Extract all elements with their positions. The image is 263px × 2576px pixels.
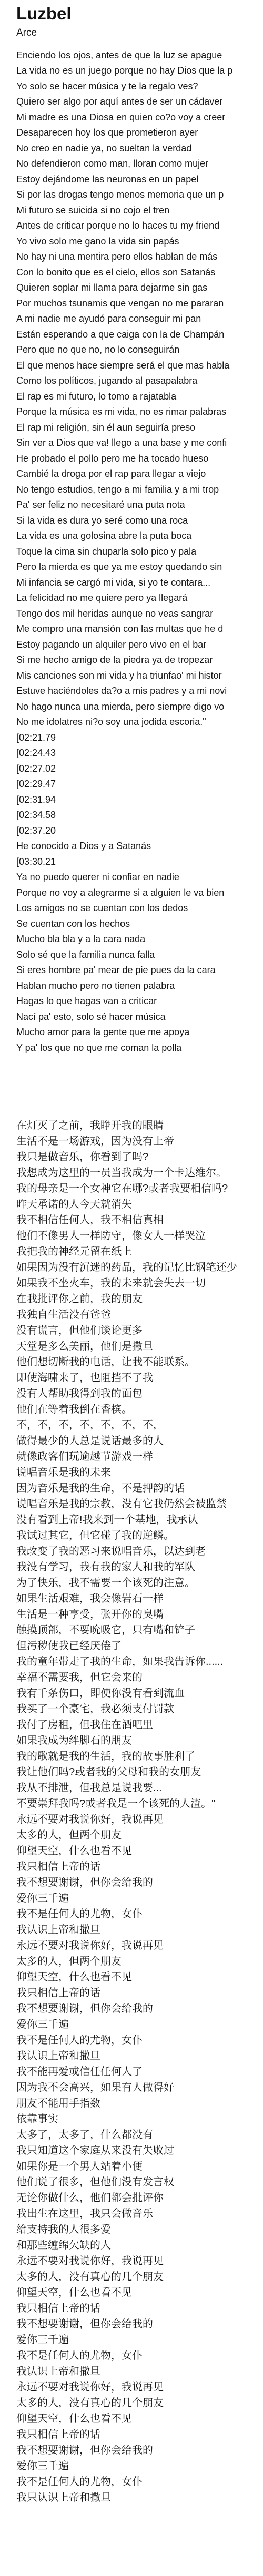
lyric-line-chinese: 我只认识上帝和撒旦 [16,2490,263,2506]
spanish-lyrics-block: Enciendo los ojos, antes de que la luz s… [16,48,263,1056]
lyric-line-chinese: 幸福不需要我，但它会来的 [16,1670,263,1685]
lyric-line-chinese: 爱你三千遍 [16,1890,263,1906]
lyric-line-spanish: [02:21.79 [16,730,263,746]
lyric-line-chinese: 我把我的神经元留在纸上 [16,1244,263,1260]
lyric-line-spanish: [02:29.47 [16,776,263,792]
lyric-line-spanish: Y pa' los que no que me coman la polla [16,1040,263,1056]
lyric-line-spanish: Nací pa' esto, solo sé hacer música [16,1009,263,1025]
lyric-line-chinese: 仰望天空，什么也看不见 [16,2285,263,2301]
lyric-line-chinese: 如果你是一个男人站着小便 [16,2159,263,2174]
lyric-line-spanish: Mucho amor para la gente que me apoya [16,1025,263,1040]
lyric-line-spanish: Si eres hombre pa' mear de pie pues da l… [16,963,263,978]
lyric-line-chinese: 永远不要对我说你好，我说再见 [16,2253,263,2269]
lyric-line-spanish: Con lo bonito que es el cielo, ellos son… [16,265,263,281]
lyric-line-chinese: 在我批评你之前，我的朋友 [16,1291,263,1307]
lyric-line-chinese: 我付了房租，但我住在酒吧里 [16,1717,263,1733]
lyric-line-chinese: 仰望天空，什么也看不见 [16,1843,263,1859]
lyric-line-chinese: 和那些缠绵欠缺的人 [16,2237,263,2253]
lyric-line-spanish: Mi infancia se cargó mi vida, si yo te c… [16,575,263,591]
lyric-line-chinese: 永远不要对我说你好，我说再见 [16,2379,263,2395]
lyric-line-spanish: Hablan mucho pero no tienen palabra [16,978,263,994]
lyric-line-chinese: 他们想切断我的电话，让我不能联系。 [16,1354,263,1370]
lyric-line-chinese: 不，不，不，不，不，不，不， [16,1417,263,1433]
lyric-line-spanish: Hagas lo que hagas van a criticar [16,994,263,1009]
lyric-line-chinese: 他们在等着我倒在香槟。 [16,1402,263,1417]
lyric-line-spanish: Pero la mierda es que ya me estoy quedan… [16,559,263,575]
lyric-line-spanish: No creo en nadie ya, no sueltan la verda… [16,141,263,157]
lyric-line-spanish: Solo sé que la familia nunca falla [16,947,263,963]
lyric-line-spanish: [02:27.02 [16,761,263,777]
lyric-line-chinese: 因为我不会高兴，如果有人做得好 [16,2080,263,2095]
lyric-line-chinese: 我不是任何人的尤物，女仆 [16,2474,263,2490]
lyric-line-chinese: 太多了，太多了，什么都没有 [16,2127,263,2143]
lyric-line-chinese: 我只相信上帝的话 [16,2301,263,2316]
lyric-line-chinese: 我不想要谢谢，但你会给我的 [16,2001,263,2017]
lyric-line-chinese: 我不想要谢谢，但你会给我的 [16,1875,263,1890]
lyric-line-chinese: 我只相信上帝的话 [16,2427,263,2442]
lyric-line-chinese: 生活是一种享受，张开你的臭嘴 [16,1607,263,1622]
lyrics-page: Luzbel Arce Enciendo los ojos, antes de … [0,0,263,2506]
lyric-line-spanish: Ya no puedo querer ni confiar en nadie [16,870,263,885]
lyric-line-spanish: No hago nunca una mierda, pero siempre d… [16,699,263,715]
lyric-line-spanish: He probado el pollo pero me ha tocado hu… [16,451,263,467]
lyric-line-chinese: 太多的人，但两个朋友 [16,1954,263,1969]
lyric-line-chinese: 即使海啸来了，也阻挡不了我 [16,1370,263,1386]
lyric-line-chinese: 因为音乐是我的生命，不是押韵的话 [16,1480,263,1496]
lyric-line-spanish: A mi nadie me ayudó para conseguir mi pa… [16,311,263,327]
lyric-line-spanish: Si me hecho amigo de la piedra ya de tro… [16,652,263,668]
lyric-line-spanish: La felicidad no me quiere pero ya llegar… [16,590,263,606]
lyric-line-spanish: Quiero ser algo por aquí antes de ser un… [16,94,263,110]
lyric-line-spanish: El rap mi religión, sin él aun seguiría … [16,420,263,436]
lyric-line-spanish: Como los políticos, jugando al pasapalab… [16,373,263,389]
lyric-line-chinese: 我买了一个豪宅，我必须支付罚款 [16,1701,263,1717]
lyric-line-chinese: 仰望天空，什么也看不见 [16,1969,263,1985]
lyric-line-chinese: 仰望天空，什么也看不见 [16,2411,263,2427]
lyric-line-spanish: La vida no es un juego porque no hay Dio… [16,63,263,79]
song-title: Luzbel [16,4,263,24]
lyric-line-chinese: 但污秽使我已经厌倦了 [16,1638,263,1654]
lyric-line-spanish: Están esperando a que caiga con la de Ch… [16,327,263,343]
lyric-line-spanish: No hay ni una mentira pero ellos hablan … [16,249,263,265]
lyric-line-chinese: 我不是任何人的尤物，女仆 [16,2348,263,2364]
lyric-line-chinese: 说唱音乐是我的未来 [16,1465,263,1480]
lyric-line-chinese: 为了快乐，我不需要一个该死的注意。 [16,1575,263,1591]
lyric-line-spanish: No me idolatres ni?o soy una jodida esco… [16,714,263,730]
lyric-line-chinese: 我改变了我的恶习来说唱音乐，以达到老 [16,1543,263,1559]
lyric-line-chinese: 太多的人，没有真心的几个朋友 [16,2395,263,2411]
lyric-line-spanish: Toque la cima sin chuparla solo pico y p… [16,544,263,560]
lyric-line-spanish: El rap es mi futuro, lo tomo a rajatabla [16,389,263,405]
lyric-line-chinese: 我从不排泄，但我总是说我要... [16,1780,263,1796]
lyric-line-spanish: La vida es una golosina abre la puta boc… [16,528,263,544]
lyric-line-chinese: 太多的人，没有真心的几个朋友 [16,2269,263,2285]
lyric-line-chinese: 没有人帮助我得到我的面包 [16,1386,263,1402]
lyric-line-chinese: 我认识上帝和撒旦 [16,2364,263,2379]
lyric-line-chinese: 天堂是多么美丽，他们是撒旦 [16,1338,263,1354]
lyric-line-chinese: 爱你三千遍 [16,2017,263,2032]
lyric-line-chinese: 我的母亲是一个女神它在哪?或者我要相信吗? [16,1181,263,1197]
lyric-line-chinese: 我不是任何人的尤物，女仆 [16,1906,263,1922]
lyric-line-chinese: 爱你三千遍 [16,2332,263,2348]
lyric-line-spanish: Porque no voy a alegrarme si a alguien l… [16,885,263,901]
lyric-line-spanish: Se cuentan con los hechos [16,916,263,932]
lyric-line-chinese: 在灯灭了之前，我睁开我的眼睛 [16,1118,263,1133]
lyric-line-chinese: 太多的人，但两个朋友 [16,1827,263,1843]
lyric-line-spanish: Antes de criticar porque no lo haces tu … [16,218,263,234]
lyric-line-spanish: Si por las drogas tengo menos memoria qu… [16,187,263,203]
lyric-line-chinese: 我没有学习，我有我的家人和我的军队 [16,1559,263,1575]
lyric-line-chinese: 他们说了很多，但他们没有发言权 [16,2174,263,2190]
lyric-line-spanish: El que menos hace siempre será el que ma… [16,358,263,374]
lyric-line-spanish: Cambié la droga por el rap para llegar a… [16,466,263,482]
lyric-line-spanish: Yo solo se hacer música y te la regalo v… [16,79,263,95]
lyric-line-spanish: No defendieron como man, lloran como muj… [16,156,263,172]
lyric-line-spanish: Sin ver a Dios que va! llego a una base … [16,435,263,451]
lyric-line-chinese: 依靠事实 [16,2111,263,2127]
lyric-line-spanish: [02:34.58 [16,807,263,823]
lyric-line-spanish: He conocido a Dios y a Satanás [16,839,263,854]
lyric-line-chinese: 生活不是一场游戏，因为没有上帝 [16,1133,263,1149]
lyric-line-chinese: 永远不要对我说你好，我说再见 [16,1812,263,1827]
lyric-line-spanish: Desaparecen hoy los que prometieron ayer [16,125,263,141]
lyric-line-spanish: Tengo dos mil heridas aunque no veas san… [16,606,263,622]
lyric-line-chinese: 如果我成为绊脚石的朋友 [16,1733,263,1749]
lyric-line-spanish: Si la vida es dura yo seré como una roca [16,513,263,529]
lyric-line-spanish: Estoy pagando un alquiler pero vivo en e… [16,637,263,653]
lyric-line-chinese: 我不是任何人的尤物，女仆 [16,2032,263,2048]
lyric-line-chinese: 永远不要对我说你好，我说再见 [16,1938,263,1954]
lyric-line-chinese: 说唱音乐是我的宗教，没有它我仍然会被监禁 [16,1496,263,1512]
lyric-line-chinese: 我让他们吗?或者我的父母和我的女朋友 [16,1764,263,1780]
lyric-line-spanish: Estoy dejándome las neuronas en un papel [16,172,263,188]
lyric-line-chinese: 爱你三千遍 [16,2458,263,2474]
lyric-line-chinese: 我只知道这个家庭从来没有失败过 [16,2143,263,2159]
lyric-line-chinese: 不要崇拜我吗?或者我是一个该死的人渣。" [16,1796,263,1812]
lyric-line-spanish: [02:31.94 [16,792,263,808]
lyric-line-spanish: Por muchos tsunamis que vengan no me par… [16,296,263,312]
lyric-line-spanish: [02:37.20 [16,823,263,839]
artist-name: Arce [16,27,263,39]
lyric-line-chinese: 就像政客们玩逾越节游戏一样 [16,1449,263,1465]
lyric-line-chinese: 昨天承诺的人今天就消失 [16,1197,263,1212]
lyric-line-chinese: 我的童年带走了我的生命，如果我告诉你...... [16,1654,263,1670]
lyric-line-chinese: 做得最少的人总是说话最多的人 [16,1433,263,1449]
lyric-line-spanish: Porque la música es mi vida, no es rimar… [16,404,263,420]
lyric-line-chinese: 我只相信上帝的话 [16,1985,263,2001]
lyric-line-chinese: 我的歌就是我的生活，我的故事胜利了 [16,1749,263,1764]
lyric-line-spanish: Enciendo los ojos, antes de que la luz s… [16,48,263,64]
lyric-line-chinese: 我想成为这里的一员当我成为一个卡达维尔。 [16,1165,263,1181]
chinese-lyrics-block: 在灯灭了之前，我睁开我的眼睛生活不是一场游戏，因为没有上帝我只是做音乐，你看到了… [16,1118,263,2506]
lyric-line-chinese: 他们不像男人一样防守，像女人一样哭泣 [16,1228,263,1244]
lyric-line-chinese: 我出生在这里，我只会做音乐 [16,2206,263,2222]
lyric-line-chinese: 如果我不坐火车，我的未来就会失去一切 [16,1275,263,1291]
lyric-line-chinese: 我只相信上帝的话 [16,1859,263,1875]
lyric-line-chinese: 朋友不能用手指数 [16,2095,263,2111]
lyric-line-spanish: [02:24.43 [16,745,263,761]
lyric-line-chinese: 没有谎言，但他们谈论更多 [16,1323,263,1338]
lyric-line-spanish: Los amigos no se cuentan con los dedos [16,901,263,916]
lyric-line-spanish: Mis canciones son mi vida y ha triunfao'… [16,668,263,684]
lyric-line-spanish: Yo vivo solo me gano la vida sin papás [16,234,263,250]
lyric-line-chinese: 无论你做什么，他们都会批评你 [16,2190,263,2206]
lyric-line-spanish: Mi futuro se suicida si no cojo el tren [16,203,263,219]
lyric-line-chinese: 给支持我的人很多爱 [16,2222,263,2237]
lyric-line-spanish: Quieren soplar mi llama para dejarme sin… [16,280,263,296]
lyric-line-spanish: Pero que no que no, no lo conseguirán [16,342,263,358]
lyric-line-spanish: No tengo estudios, tengo a mi familia y … [16,482,263,498]
lyric-line-chinese: 我不能再爱或信任任何人了 [16,2064,263,2080]
lyric-line-chinese: 如果因为没有沉迷的药品，我的记忆比钢笔还少 [16,1260,263,1275]
lyric-line-chinese: 我不想要谢谢，但你会给我的 [16,2442,263,2458]
lyric-line-chinese: 我认识上帝和撒旦 [16,2048,263,2064]
lyric-line-chinese: 我独自生活没有爸爸 [16,1307,263,1323]
lyric-line-chinese: 没有看到上帝!我来到一个基地，我承认 [16,1512,263,1528]
lyric-line-chinese: 我只是做音乐，你看到了吗? [16,1149,263,1165]
lyric-line-spanish: [03:30.21 [16,854,263,870]
lyric-line-chinese: 我不想要谢谢，但你会给我的 [16,2316,263,2332]
lyric-line-chinese: 如果生活艰难，我会像岩石一样 [16,1591,263,1607]
lyric-line-spanish: Estuve haciéndoles da?o a mis padres y a… [16,683,263,699]
lyric-line-chinese: 我认识上帝和撒旦 [16,1922,263,1938]
lyric-line-chinese: 触摸顶部，不要吮吸它，只有嘴和铲子 [16,1622,263,1638]
lyric-line-spanish: Me compro una mansión con las multas que… [16,621,263,637]
lyric-line-spanish: Mucho bla bla y a la cara nada [16,932,263,947]
lyric-line-chinese: 我有千条伤口，即使你没有看到流血 [16,1685,263,1701]
lyric-line-chinese: 我不相信任何人，我不相信真相 [16,1212,263,1228]
lyric-line-spanish: Pa' ser feliz no necesitaré una puta not… [16,497,263,513]
lyric-line-chinese: 我试过其它，但它碰了我的逆鳞。 [16,1528,263,1543]
lyric-line-spanish: Mi madre es una Diosa en quien co?o voy … [16,110,263,126]
